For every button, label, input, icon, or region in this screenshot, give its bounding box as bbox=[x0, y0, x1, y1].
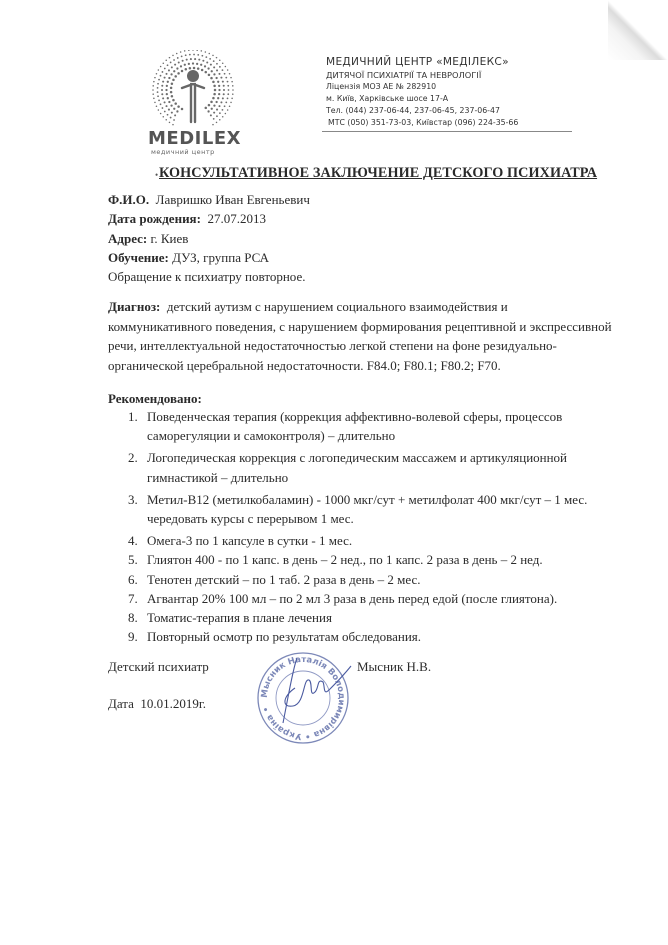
recommendation-item: 1.Поведенческая терапия (коррекция аффек… bbox=[108, 407, 587, 445]
recommendation-number: 9. bbox=[128, 627, 138, 646]
doctor-stamp-icon: Мысник Наталія Володимирівна • Україна • bbox=[253, 648, 353, 748]
date-value: 10.01.2019г. bbox=[140, 696, 206, 711]
recommendation-item: 9.Повторный осмотр по результатам обслед… bbox=[108, 627, 587, 646]
recommendation-text: саморегуляции и самоконтроля) – длительн… bbox=[147, 426, 587, 445]
patient-education-value: ДУЗ, группа РСА bbox=[172, 250, 269, 265]
patient-dob-label: Дата рождения: bbox=[108, 211, 201, 226]
recommendation-text: гимнастикой – длительно bbox=[147, 468, 587, 487]
recommendation-text: Агвантар 20% 100 мл – по 2 мл 3 раза в д… bbox=[147, 589, 587, 608]
patient-education-label: Обучение: bbox=[108, 250, 169, 265]
recommendation-item: 6.Тенотен детский – по 1 таб. 2 раза в д… bbox=[108, 570, 587, 589]
logo-subtitle: медичний центр bbox=[151, 148, 215, 156]
recommendation-number: 7. bbox=[128, 589, 138, 608]
recommendation-item: 4.Омега-3 по 1 капсуле в сутки - 1 мес. bbox=[108, 531, 587, 550]
recommendation-text: Повторный осмотр по результатам обследов… bbox=[147, 627, 587, 646]
recommendation-item: 2.Логопедическая коррекция с логопедичес… bbox=[108, 448, 587, 486]
recommendations-label: Рекомендовано: bbox=[108, 389, 202, 408]
header-divider bbox=[322, 131, 572, 132]
clinic-address: м. Київ, Харківське шосе 17-А bbox=[326, 93, 518, 105]
patient-name-label: Ф.И.О. bbox=[108, 192, 149, 207]
recommendation-text: Логопедическая коррекция с логопедически… bbox=[147, 448, 587, 467]
recommendation-text: Метил-В12 (метилкобаламин) - 1000 мкг/су… bbox=[147, 490, 587, 509]
patient-address-label: Адрес: bbox=[108, 231, 147, 246]
recommendation-number: 2. bbox=[128, 448, 138, 467]
clinic-department: ДИТЯЧОЇ ПСИХІАТРІЇ ТА НЕВРОЛОГІЇ bbox=[326, 69, 518, 81]
patient-info: Ф.И.О. Лавришко Иван Евгеньевич Дата рож… bbox=[108, 190, 310, 286]
page-corner-fold bbox=[608, 0, 668, 60]
clinic-phones: Тел. (044) 237-06-44, 237-06-45, 237-06-… bbox=[326, 105, 518, 117]
recommendation-item: 8.Томатис-терапия в плане лечения bbox=[108, 608, 587, 627]
recommendation-text: Поведенческая терапия (коррекция аффекти… bbox=[147, 407, 587, 426]
signature-date: Дата 10.01.2019г. bbox=[108, 694, 206, 713]
patient-education-row: Обучение: ДУЗ, группа РСА bbox=[108, 248, 310, 267]
recommendation-text: Томатис-терапия в плане лечения bbox=[147, 608, 587, 627]
recommendation-text: Омега-3 по 1 капсуле в сутки - 1 мес. bbox=[147, 531, 587, 550]
visit-note: Обращение к психиатру повторное. bbox=[108, 267, 310, 286]
recommendation-text: чередовать курсы с перерывом 1 мес. bbox=[147, 509, 587, 528]
clinic-mobile: МТС (050) 351-73-03, Київстар (096) 224-… bbox=[326, 117, 518, 129]
recommendation-text: Глиятон 400 - по 1 капс. в день – 2 нед.… bbox=[147, 550, 587, 569]
patient-dob-value: 27.07.2013 bbox=[207, 211, 266, 226]
date-label: Дата bbox=[108, 696, 134, 711]
diagnosis-section: Диагноз: детский аутизм с нарушением соц… bbox=[108, 297, 612, 375]
patient-name-value: Лавришко Иван Евгеньевич bbox=[156, 192, 310, 207]
recommendation-number: 5. bbox=[128, 550, 138, 569]
clinic-license: Ліцензія МОЗ АЕ № 282910 bbox=[326, 81, 518, 93]
recommendation-item: 7.Агвантар 20% 100 мл – по 2 мл 3 раза в… bbox=[108, 589, 587, 608]
recommendation-number: 6. bbox=[128, 570, 138, 589]
diagnosis-line: детский аутизм с нарушением социального … bbox=[167, 299, 508, 314]
title-bullet: • bbox=[155, 170, 158, 180]
patient-address-value: г. Киев bbox=[150, 231, 188, 246]
recommendation-number: 3. bbox=[128, 490, 138, 509]
diagnosis-label: Диагноз: bbox=[108, 299, 160, 314]
recommendation-number: 8. bbox=[128, 608, 138, 627]
doctor-role: Детский психиатр bbox=[108, 657, 209, 676]
document-title: КОНСУЛЬТАТИВНОЕ ЗАКЛЮЧЕНИЕ ДЕТСКОГО ПСИХ… bbox=[159, 165, 597, 182]
logo-name: MEDILEX bbox=[148, 128, 241, 149]
diagnosis-line: коммуникативного поведения, с нарушением… bbox=[108, 317, 612, 337]
diagnosis-line: органической церебральной недостаточност… bbox=[108, 356, 612, 376]
patient-name-row: Ф.И.О. Лавришко Иван Евгеньевич bbox=[108, 190, 310, 209]
recommendation-text: Тенотен детский – по 1 таб. 2 раза в ден… bbox=[147, 570, 587, 589]
recommendation-number: 4. bbox=[128, 531, 138, 550]
patient-address-row: Адрес: г. Киев bbox=[108, 229, 310, 248]
stamp-text: Мысник Наталія Володимирівна • Україна • bbox=[260, 655, 346, 741]
patient-dob-row: Дата рождения: 27.07.2013 bbox=[108, 209, 310, 228]
diagnosis-line: речи, интеллектуальной недостаточностью … bbox=[108, 336, 612, 356]
clinic-header: МЕДИЧНИЙ ЦЕНТР «МЕДІЛЕКС» ДИТЯЧОЇ ПСИХІА… bbox=[326, 56, 518, 129]
recommendation-item: 5.Глиятон 400 - по 1 капс. в день – 2 не… bbox=[108, 550, 587, 569]
svg-text:Мысник Наталія Володимирівна •: Мысник Наталія Володимирівна • Україна • bbox=[260, 655, 346, 741]
recommendation-number: 1. bbox=[128, 407, 138, 426]
recommendations-list: 1.Поведенческая терапия (коррекция аффек… bbox=[108, 407, 587, 646]
doctor-name: Мысник Н.В. bbox=[357, 657, 431, 676]
clinic-name: МЕДИЧНИЙ ЦЕНТР «МЕДІЛЕКС» bbox=[326, 56, 518, 69]
recommendation-item: 3.Метил-В12 (метилкобаламин) - 1000 мкг/… bbox=[108, 490, 587, 528]
